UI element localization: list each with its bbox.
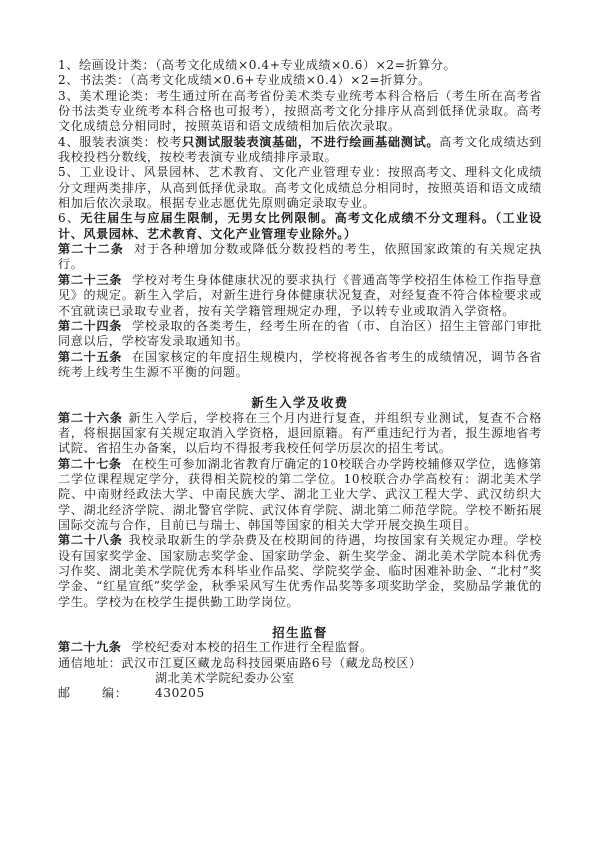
article-text: 学校对考生身体健康状况的要求执行《普通高等学校招生体检工作指导意见》的规定。新生…: [58, 273, 542, 318]
article-label: 第二十七条: [58, 457, 122, 471]
rule-emphasis: 只测试服装表演基础，不进行绘画基础测试。: [182, 135, 439, 149]
rule-6: 6、无往届生与应届生限制，无男女比例限制。高考文化成绩不分文理科。（工业设计、风…: [58, 211, 542, 242]
rule-prefix: 4、服装表演类：: [58, 135, 156, 149]
rule-prefix: 1、绘画设计类：: [58, 58, 155, 72]
article-23: 第二十三条学校对考生身体健康状况的要求执行《普通高等学校招生体检工作指导意见》的…: [58, 273, 542, 319]
rule-5: 5、工业设计、风景园林、艺术教育、文化产业管理专业：按照高考文、理科文化成绩分文…: [58, 165, 542, 211]
article-label: 第二十四条: [58, 319, 122, 333]
article-label: 第二十二条: [58, 242, 124, 256]
article-28: 第二十八条我校录取新生的学杂费及在校期间的待遇，均按国家有关规定办理。学校设有国…: [58, 533, 542, 610]
section-heading-enrollment: 新生入学及收费: [58, 395, 542, 410]
article-label: 第二十八条: [58, 533, 123, 547]
article-25: 第二十五条在国家核定的年度招生规模内，学校将视各省考生的成绩情况，调节各省统考上…: [58, 350, 542, 381]
rule-3: 3、美术理论类：考生通过所在高考省份美术类专业统考本科合格后（考生所在高考省份书…: [58, 89, 542, 135]
article-text: 我校录取新生的学杂费及在校期间的待遇，均按国家有关规定办理。学校设有国家奖学金、…: [58, 533, 542, 608]
article-text: 在校生可参加湖北省教育厅确定的10校联合办学跨校辅修双学位，选修第二学位课程规定…: [58, 457, 542, 532]
article-22: 第二十二条对于各种增加分数或降低分数投档的考生，依照国家政策的有关规定执行。: [58, 242, 542, 273]
article-24: 第二十四条学校录取的各类考生，经考生所在的省（市、自治区）招生主管部门审批同意以…: [58, 319, 542, 350]
rule-1: 1、绘画设计类：（高考文化成绩×0.4+专业成绩×0.6）×2=折算分。: [58, 58, 542, 73]
article-text: 学校录取的各类考生，经考生所在的省（市、自治区）招生主管部门审批同意以后，学校寄…: [58, 319, 542, 348]
article-26: 第二十六条新生入学后，学校将在三个月内进行复查，并组织专业测试，复查不合格者，将…: [58, 411, 542, 457]
article-label: 第二十三条: [58, 273, 122, 287]
rule-prefix: 3、美术理论类：: [58, 89, 156, 103]
address-line-2: 湖北美术学院纪委办公室: [58, 671, 542, 686]
rule-text: 校考: [156, 135, 182, 149]
address-label: 通信地址：: [58, 656, 121, 670]
article-29: 第二十九条学校纪委对本校的招生工作进行全程监督。: [58, 640, 542, 655]
zip-label-char: 编：: [102, 686, 127, 700]
rule-4: 4、服装表演类：校考只测试服装表演基础，不进行绘画基础测试。高考文化成绩达到我校…: [58, 135, 542, 166]
rule-prefix: 2、书法类：: [58, 73, 130, 87]
article-text: 学校纪委对本校的招生工作进行全程监督。: [131, 640, 372, 654]
article-text: 对于各种增加分数或降低分数投档的考生，依照国家政策的有关规定执行。: [58, 242, 542, 271]
section-heading-supervision: 招生监督: [58, 625, 542, 640]
article-27: 第二十七条在校生可参加湖北省教育厅确定的10校联合办学跨校辅修双学位，选修第二学…: [58, 457, 542, 534]
spacer: [58, 610, 542, 625]
zip-line: 邮编：430205: [58, 686, 542, 701]
rule-text: （高考文化成绩×0.6+专业成绩×0.4）×2=折算分。: [130, 73, 431, 87]
address-value: 武汉市江夏区藏龙岛科技园栗庙路6号（藏龙岛校区）: [121, 656, 421, 670]
article-text: 新生入学后，学校将在三个月内进行复查，并组织专业测试，复查不合格者，将根据国家有…: [58, 411, 542, 456]
rule-text: （高考文化成绩×0.4+专业成绩×0.6）×2=折算分。: [155, 58, 456, 72]
rule-prefix: 6、: [58, 211, 80, 225]
article-label: 第二十六条: [58, 411, 123, 425]
rule-emphasis: 无往届生与应届生限制，无男女比例限制。高考文化成绩不分文理科。（工业设计、风景园…: [58, 211, 542, 240]
document-page: 1、绘画设计类：（高考文化成绩×0.4+专业成绩×0.6）×2=折算分。 2、书…: [58, 58, 542, 702]
address-line-1: 通信地址：武汉市江夏区藏龙岛科技园栗庙路6号（藏龙岛校区）: [58, 656, 542, 671]
zip-label: 邮编：: [58, 686, 155, 701]
zip-label-char: 邮: [58, 686, 102, 701]
article-label: 第二十九条: [58, 640, 121, 654]
spacer: [58, 380, 542, 395]
rule-prefix: 5、工业设计、风景园林、艺术教育、文化产业管理专业：: [58, 165, 388, 179]
article-label: 第二十五条: [58, 350, 122, 364]
zip-value: 430205: [155, 686, 205, 700]
article-text: 在国家核定的年度招生规模内，学校将视各省考生的成绩情况，调节各省统考上线考生生源…: [58, 350, 542, 379]
rule-2: 2、书法类：（高考文化成绩×0.6+专业成绩×0.4）×2=折算分。: [58, 73, 542, 88]
